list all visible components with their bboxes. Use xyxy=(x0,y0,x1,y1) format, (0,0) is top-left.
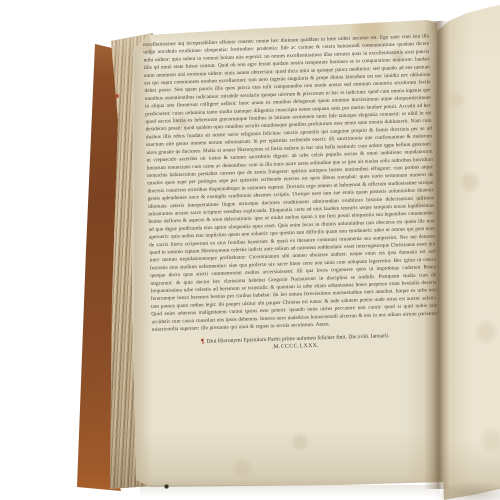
text-block: excellentissime atq incoparabiliter affu… xyxy=(143,32,438,354)
ink-spot xyxy=(164,484,169,489)
bottom-right-shadow xyxy=(432,481,500,500)
body-text: excellentissime atq incoparabiliter affu… xyxy=(143,32,438,333)
red-speck-on-edge xyxy=(115,93,119,99)
gutter-shadow xyxy=(424,21,450,489)
bottom-page-shadow xyxy=(140,485,440,497)
photo-background: excellentissime atq incoparabiliter affu… xyxy=(0,0,500,500)
rubric-paragraph-mark-icon: ¶ xyxy=(201,338,205,346)
